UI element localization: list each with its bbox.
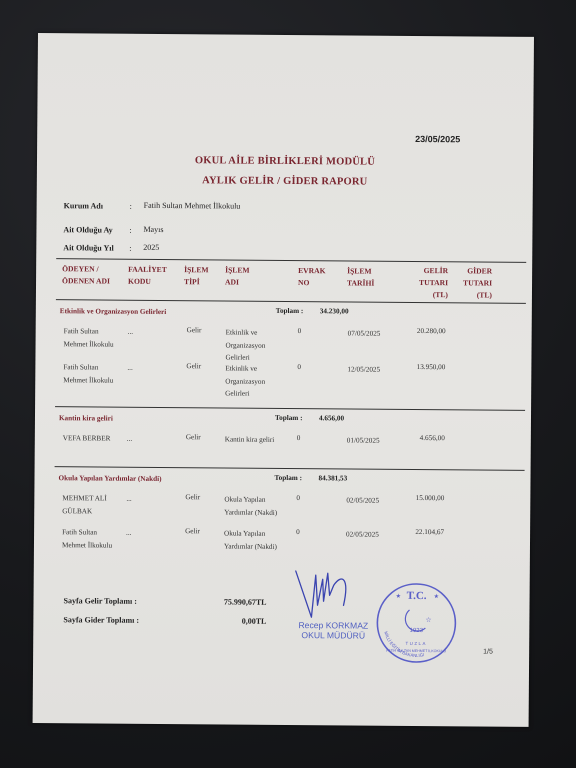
activity-code: ... — [127, 433, 132, 446]
report-date: 23/05/2025 — [415, 134, 460, 144]
category-section: Etkinlik ve Organizasyon GelirleriToplam… — [38, 33, 534, 37]
document-number: 0 — [297, 361, 301, 374]
payer-name: Fatih SultanMehmet İlkokulu — [63, 361, 113, 386]
transaction-name: Etkinlik veOrganizasyonGelirleri — [225, 362, 265, 400]
transaction-name: Okula YapılanYardımlar (Nakdi) — [224, 527, 277, 552]
info-value-month: Mayıs — [143, 225, 163, 234]
document-number: 0 — [296, 492, 300, 505]
transaction-name: Etkinlik veOrganizasyonGelirleri — [225, 326, 265, 364]
report-title-module: OKUL AİLE BİRLİKLERİ MODÜLÜ — [37, 154, 533, 169]
income-amount: 20.280,00 — [376, 325, 446, 338]
info-value-year: 2025 — [143, 243, 159, 252]
report-page: 23/05/2025 OKUL AİLE BİRLİKLERİ MODÜLÜ A… — [33, 33, 534, 727]
category-name: Etkinlik ve Organizasyon Gelirleri — [60, 307, 166, 316]
transaction-type: Gelir — [187, 324, 202, 337]
svg-text:☆: ☆ — [425, 616, 431, 624]
page-expense-total-value: 0,00TL — [176, 616, 266, 626]
divider — [55, 406, 525, 411]
column-header-tx-date: İŞLEMTARİHİ — [347, 265, 374, 289]
svg-text:TUZLA: TUZLA — [405, 641, 426, 646]
income-amount: 15.000,00 — [374, 492, 444, 505]
category-total-value: 84.381,53 — [318, 474, 347, 482]
table-header: ÖDEYEN /ÖDENEN ADI FAALİYETKODU İŞLEMTİP… — [38, 33, 534, 37]
column-header-tx-name: İŞLEMADI — [225, 264, 250, 288]
table-row: MEHMET ALİGÜLBAK...GelirOkula YapılanYar… — [38, 33, 534, 37]
category-total-label: Toplam : — [274, 474, 302, 482]
svg-text:T.C.: T.C. — [407, 590, 427, 602]
info-value-institution: Fatih Sultan Mehmet İlkokulu — [144, 201, 241, 211]
table-row: VEFA BERBER...GelirKantin kira geliri001… — [38, 33, 534, 37]
category-section: Okula Yapılan Yardımlar (Nakdi)Toplam :8… — [38, 33, 534, 37]
page-indicator: 1/5 — [483, 649, 493, 656]
column-header-expense: GİDERTUTARI(TL) — [446, 265, 492, 301]
report-title: AYLIK GELİR / GİDER RAPORU — [37, 174, 533, 189]
info-colon: : — [129, 226, 131, 235]
activity-code: ... — [126, 527, 131, 540]
category-name: Kantin kira geliri — [59, 414, 113, 422]
transaction-name: Kantin kira geliri — [225, 433, 275, 446]
svg-text:1923: 1923 — [410, 628, 424, 634]
transaction-type: Gelir — [186, 360, 201, 373]
transaction-name: Okula YapılanYardımlar (Nakdi) — [224, 493, 277, 518]
official-stamp-icon: T.C. ★ ★ ☆ 1923 MİLLİ EĞİTİM BAKANLIĞI T… — [373, 582, 460, 665]
info-label-year: Ait Olduğu Yıl — [63, 243, 113, 252]
transaction-type: Gelir — [185, 491, 200, 504]
activity-code: ... — [128, 326, 133, 339]
svg-text:★: ★ — [434, 593, 439, 600]
category-total-label: Toplam : — [276, 307, 304, 315]
signature-icon — [289, 565, 359, 626]
page-expense-total-label: Sayfa Gider Toplamı : — [63, 615, 139, 625]
payer-name: VEFA BERBER — [63, 432, 111, 445]
transaction-type: Gelir — [186, 431, 201, 444]
activity-code: ... — [126, 493, 131, 506]
divider — [56, 258, 526, 263]
payer-name: Fatih SultanMehmet İlkokulu — [64, 325, 114, 350]
category-name: Okula Yapılan Yardımlar (Nakdi) — [58, 474, 161, 483]
category-total-value: 34.230,00 — [320, 307, 349, 315]
column-header-doc-no: EVRAKNO — [298, 265, 326, 289]
income-amount: 13.950,00 — [375, 361, 445, 374]
transaction-type: Gelir — [185, 525, 200, 538]
category-total-label: Toplam : — [275, 414, 303, 422]
page-income-total-value: 75.990,67TL — [177, 597, 267, 607]
column-header-activity-code: FAALİYETKODU — [128, 264, 167, 288]
info-colon: : — [129, 244, 131, 253]
column-header-payer: ÖDEYEN /ÖDENEN ADI — [62, 263, 110, 287]
category-section: Kantin kira geliriToplam :4.656,00VEFA B… — [38, 33, 534, 37]
category-total-value: 4.656,00 — [319, 414, 344, 422]
payer-name: MEHMET ALİGÜLBAK — [62, 492, 107, 517]
svg-text:FATİH SULTAN MEHMET İLKOKULU: FATİH SULTAN MEHMET İLKOKULU — [386, 648, 446, 653]
document-number: 0 — [297, 432, 301, 445]
signatory-title: OKUL MÜDÜRÜ — [283, 630, 383, 641]
page-income-total-label: Sayfa Gelir Toplamı : — [64, 596, 137, 606]
divider — [55, 466, 525, 471]
category-list: Etkinlik ve Organizasyon GelirleriToplam… — [38, 33, 534, 37]
document-number: 0 — [296, 526, 300, 539]
activity-code: ... — [127, 362, 132, 375]
info-colon: : — [130, 202, 132, 211]
info-block: Kurum Adı : Fatih Sultan Mehmet İlkokulu… — [38, 33, 534, 37]
table-row: Fatih SultanMehmet İlkokulu...GelirEtkin… — [38, 33, 534, 37]
payer-name: Fatih SultanMehmet İlkokulu — [62, 526, 112, 551]
table-row: Fatih SultanMehmet İlkokulu...GelirOkula… — [38, 33, 534, 37]
document-number: 0 — [298, 325, 302, 338]
income-amount: 22.104,67 — [374, 526, 444, 539]
info-label-institution: Kurum Adı — [64, 201, 103, 210]
svg-text:★: ★ — [396, 593, 401, 600]
table-row: Fatih SultanMehmet İlkokulu...GelirEtkin… — [38, 33, 534, 37]
income-amount: 4.656,00 — [375, 432, 445, 445]
column-header-tx-type: İŞLEMTİPİ — [184, 264, 209, 288]
info-label-month: Ait Olduğu Ay — [63, 225, 112, 234]
column-header-income: GELİRTUTARI(TL) — [396, 265, 448, 301]
